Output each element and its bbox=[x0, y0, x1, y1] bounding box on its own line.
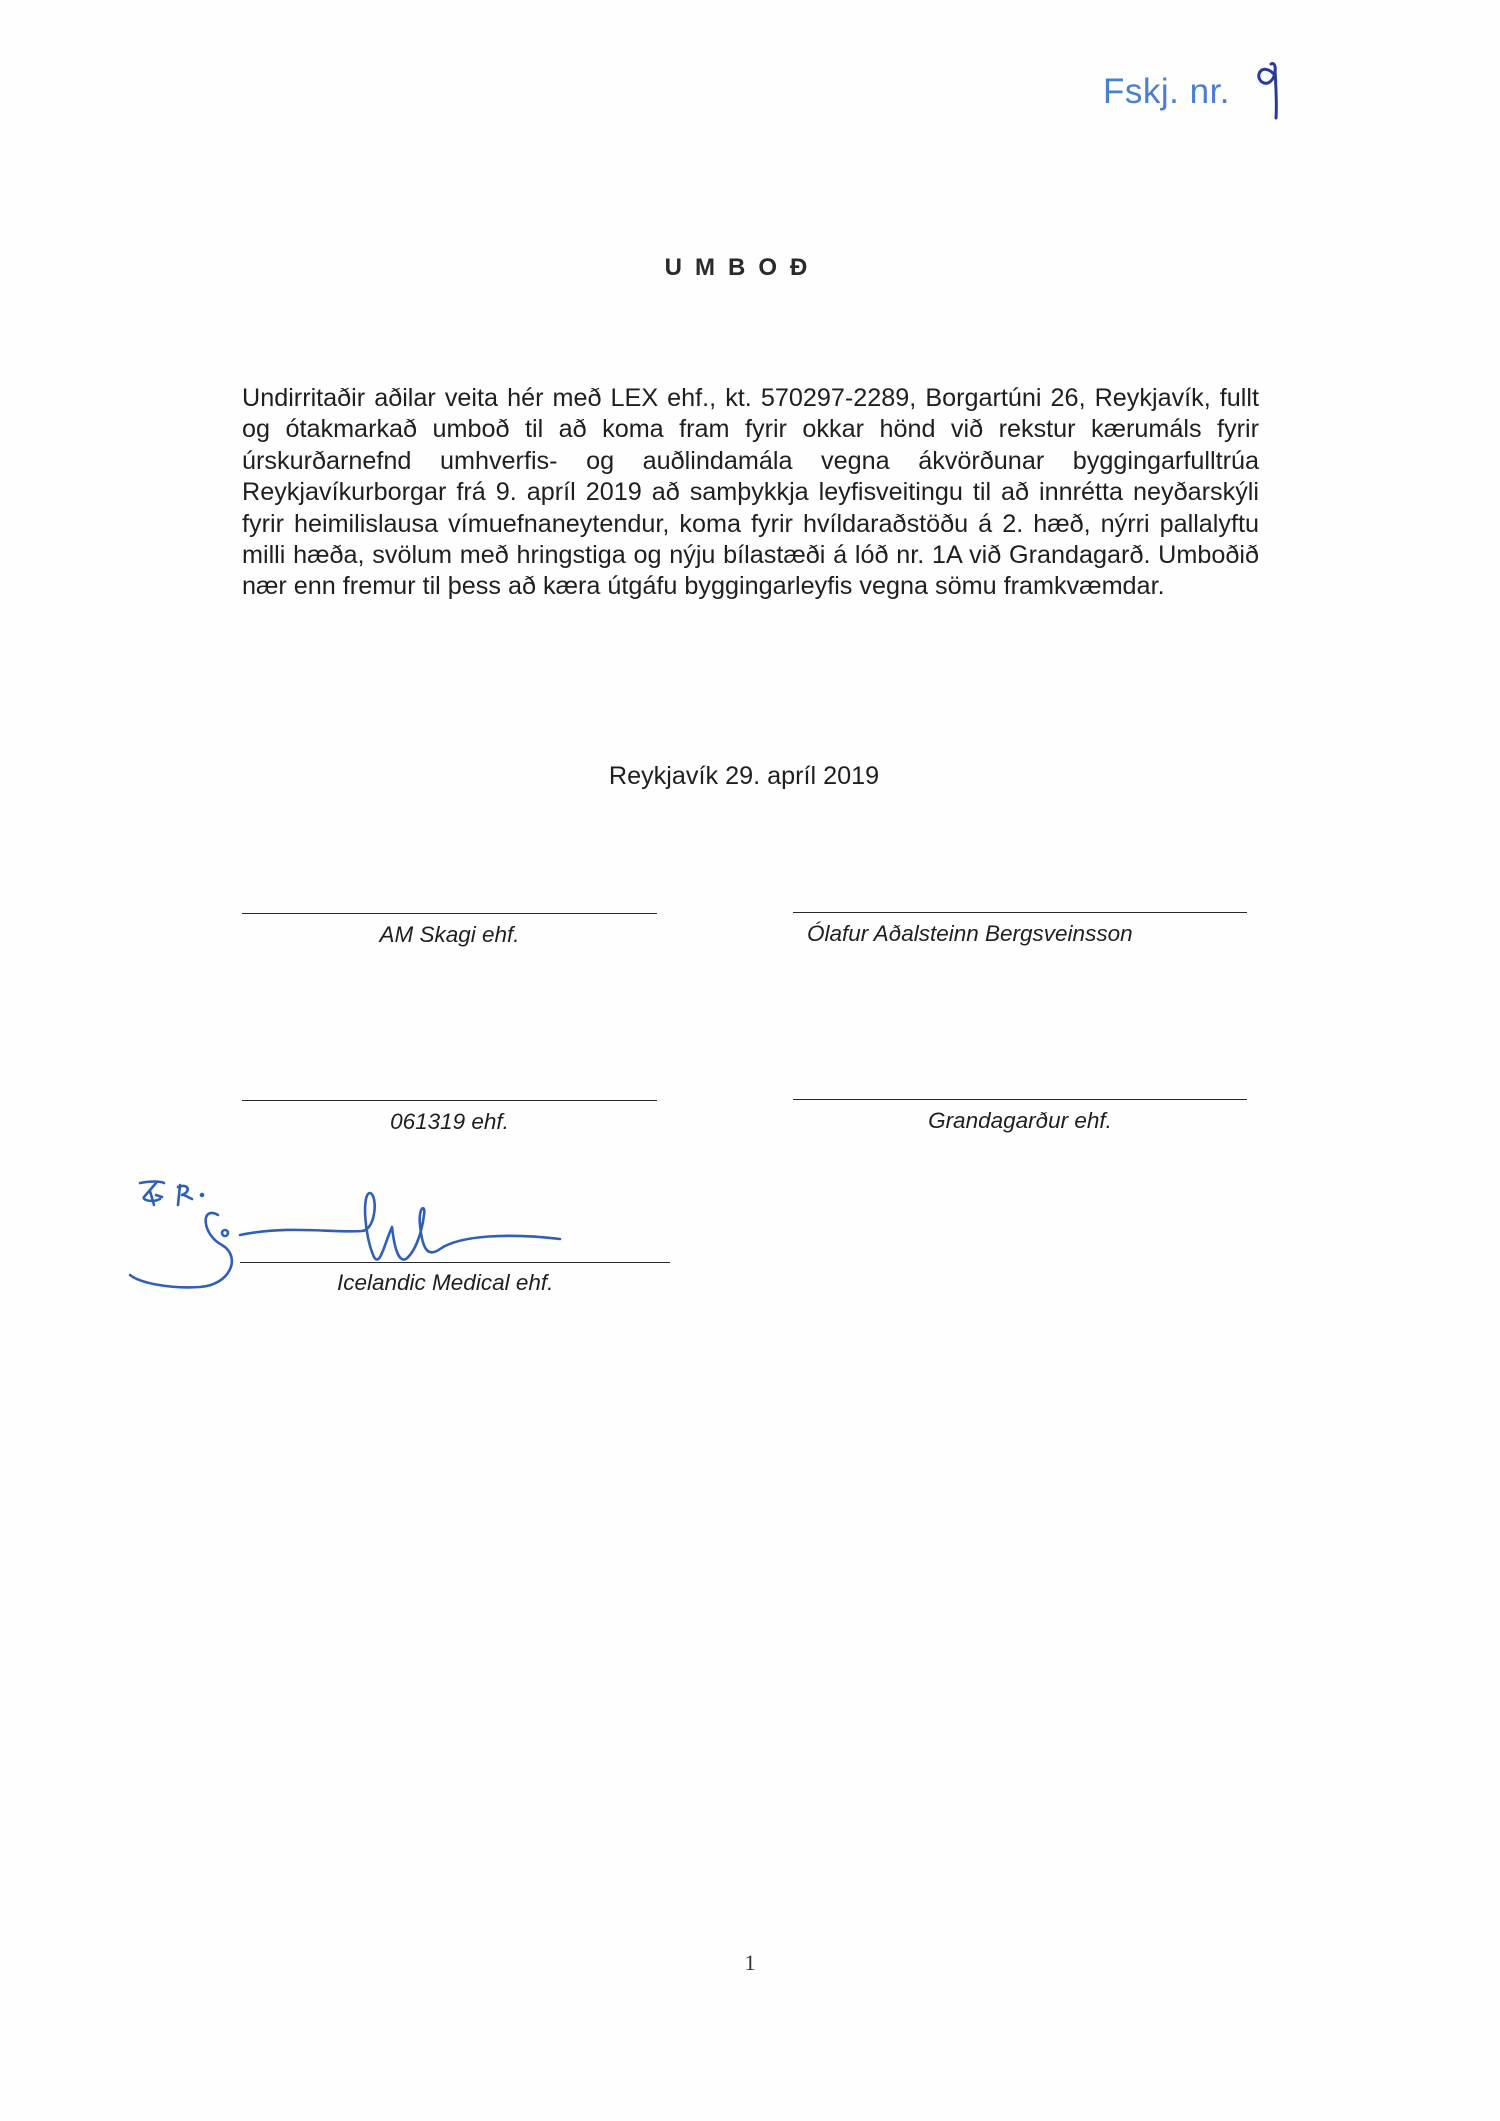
document-page: Fskj. nr. UMBOÐ Undirritaðir aðilar veit… bbox=[0, 0, 1500, 2121]
handwritten-exhibit-number-9 bbox=[1252, 52, 1292, 122]
page-number: 1 bbox=[0, 1950, 1500, 1976]
handwritten-signature bbox=[130, 1175, 690, 1305]
signature-line bbox=[242, 913, 657, 914]
power-of-attorney-body: Undirritaðir aðilar veita hér með LEX eh… bbox=[242, 383, 1259, 603]
signature-line bbox=[793, 1099, 1247, 1100]
signature-line bbox=[793, 912, 1247, 913]
signatory-name: Ólafur Aðalsteinn Bergsveinsson bbox=[807, 921, 1247, 947]
pp-annotation bbox=[140, 1182, 164, 1206]
signatory-name: AM Skagi ehf. bbox=[242, 922, 657, 948]
signatory-name: Grandagarður ehf. bbox=[793, 1108, 1247, 1134]
signatory-name: 061319 ehf. bbox=[242, 1109, 657, 1135]
exhibit-stamp-label: Fskj. nr. bbox=[1103, 72, 1230, 112]
signature-line bbox=[242, 1100, 657, 1101]
document-title: UMBOÐ bbox=[0, 254, 1485, 282]
place-and-date: Reykjavík 29. apríl 2019 bbox=[0, 762, 1488, 791]
